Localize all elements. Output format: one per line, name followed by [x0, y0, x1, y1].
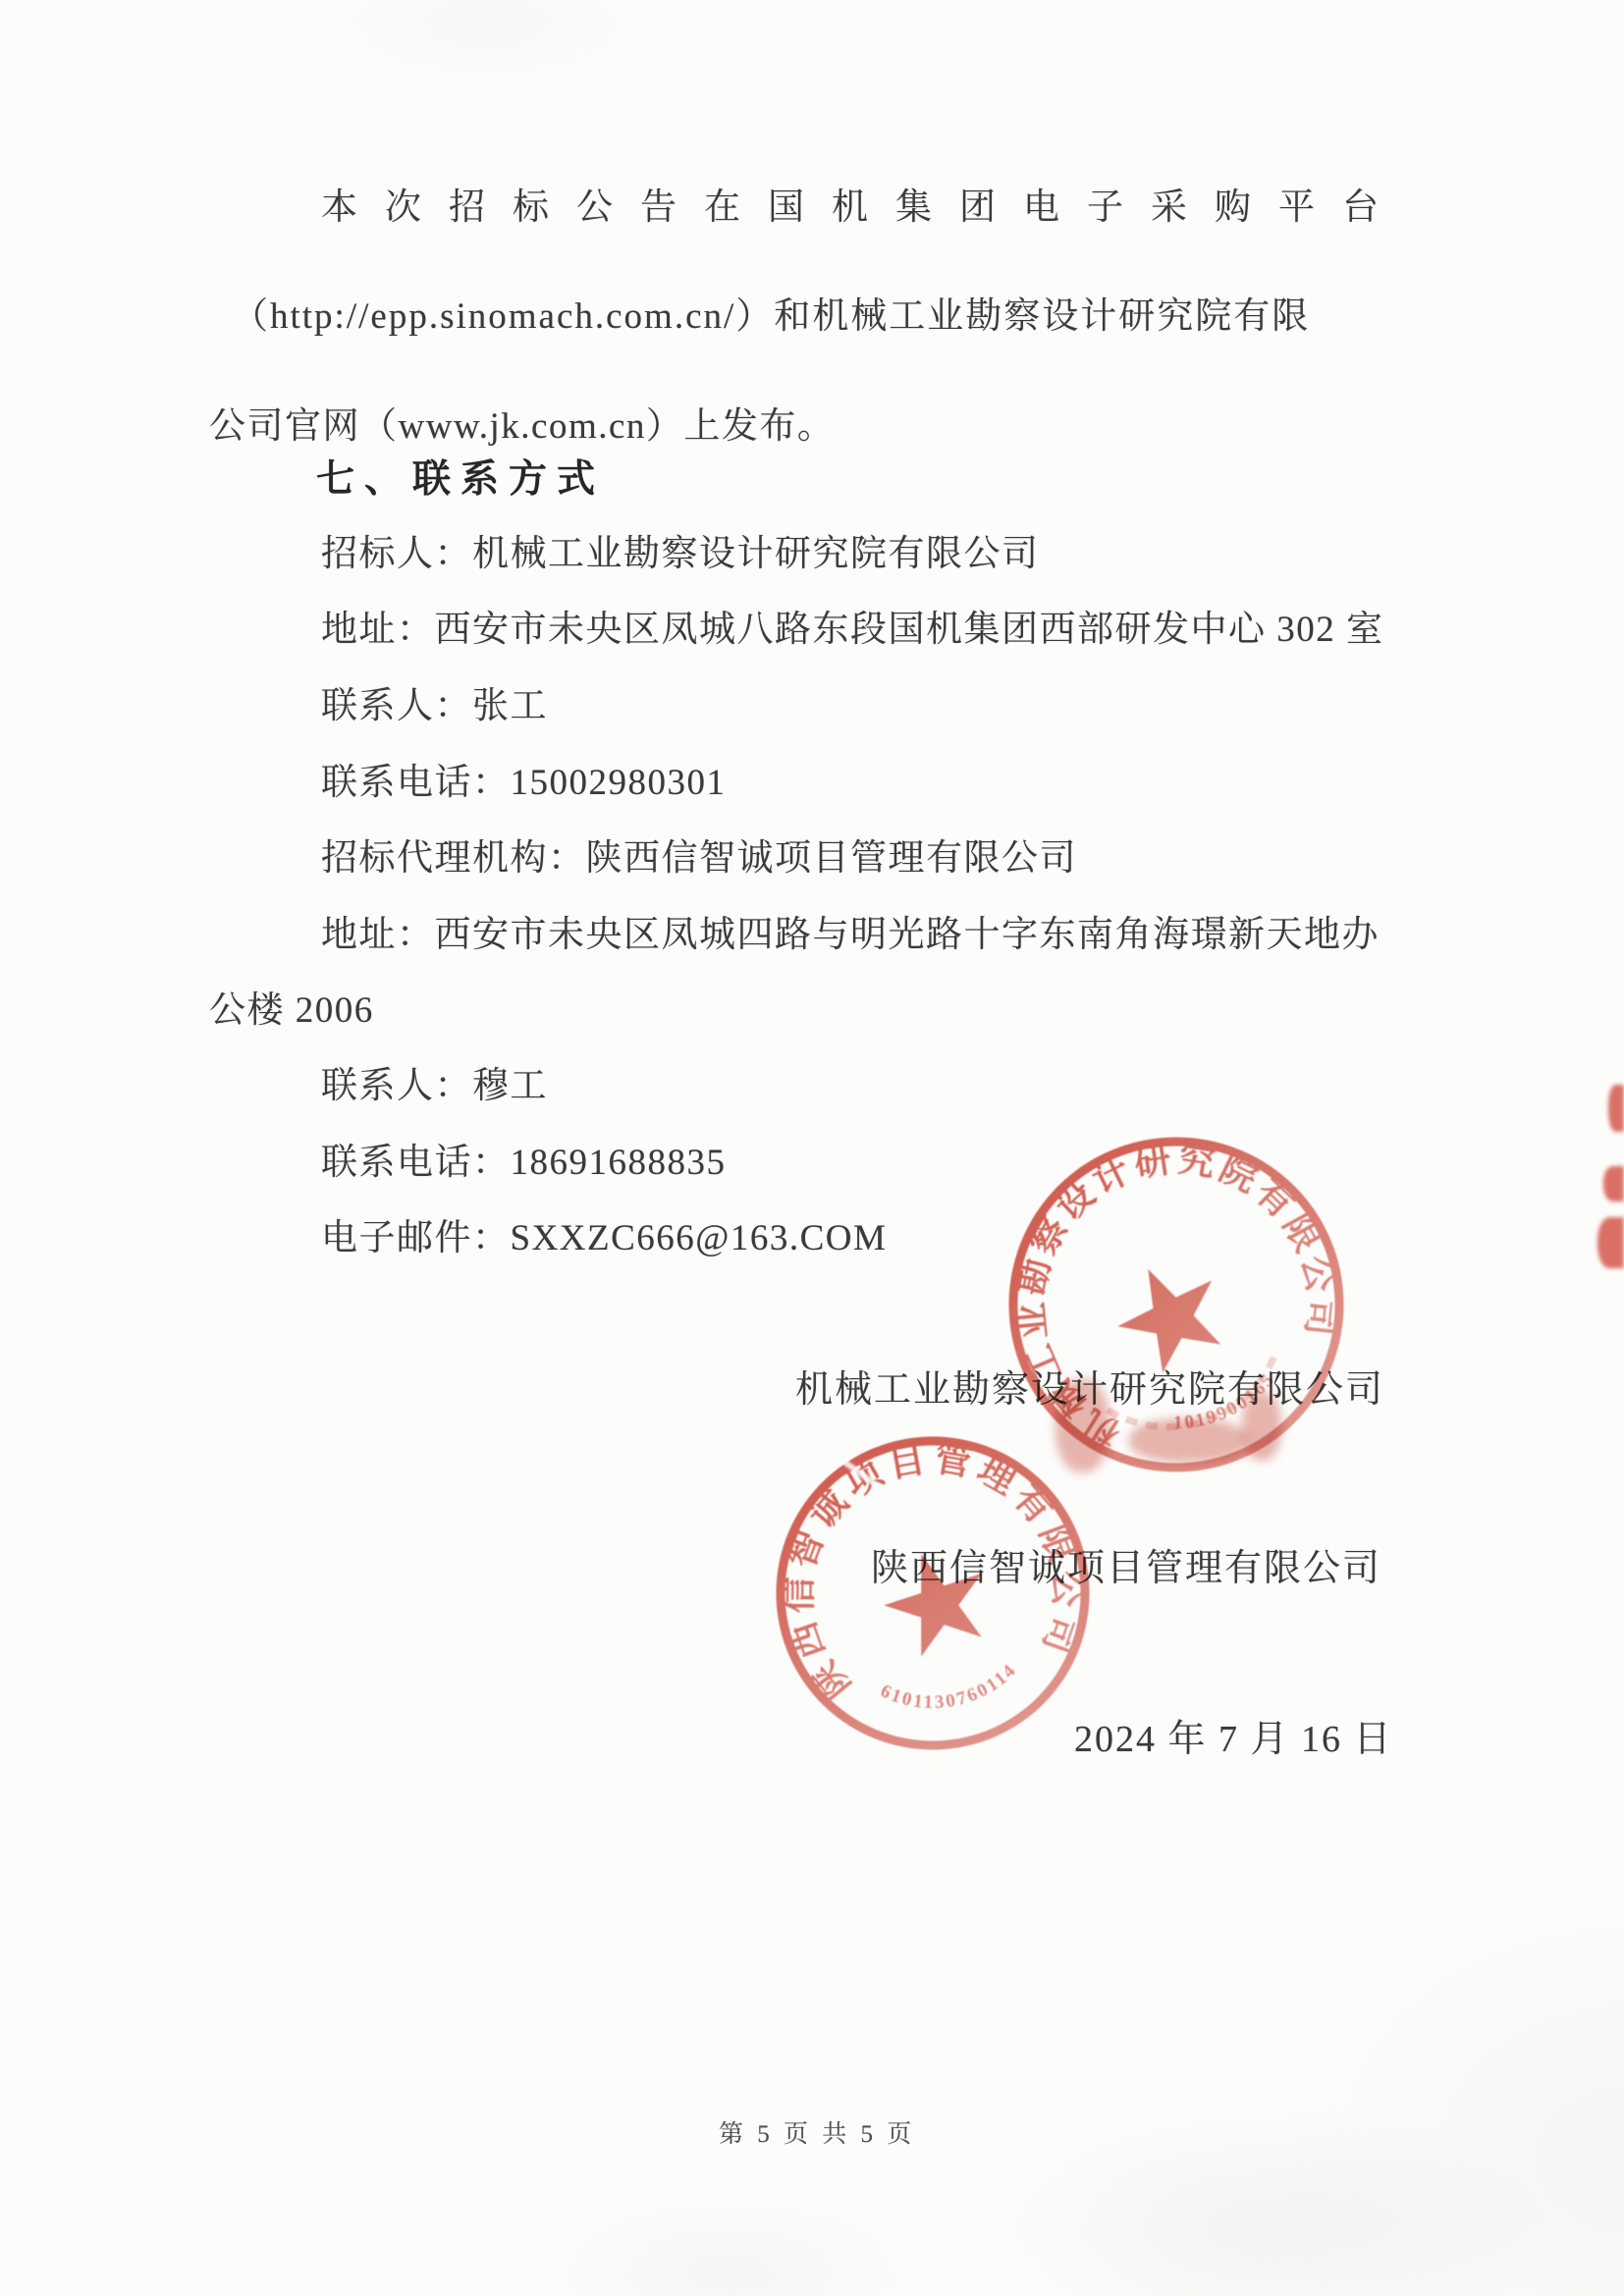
contact-line-address-1: 地址：西安市未央区凤城八路东段国机集团西部研发中心 302 室 — [321, 609, 1384, 652]
scanned-document-page: 本次招标公告在国机集团电子采购平台 （http://epp.sinomach.c… — [0, 0, 1624, 2296]
contact-line-agency: 招标代理机构：陕西信智诚项目管理有限公司 — [321, 837, 1077, 881]
star-icon — [872, 1538, 1000, 1663]
seal-fragment — [1597, 1217, 1624, 1268]
paragraph-line-2: （http://epp.sinomach.com.cn/）和机械工业勘察设计研究… — [232, 295, 1310, 339]
seal-fragment — [1603, 1166, 1624, 1201]
contact-line-phone-1: 联系电话：15002980301 — [321, 762, 727, 805]
contact-line-tenderer: 招标人：机械工业勘察设计研究院有限公司 — [321, 533, 1040, 576]
paragraph-line-1: 本次招标公告在国机集团电子采购平台 — [321, 187, 1406, 230]
contact-line-email: 电子邮件：SXXZC666@163.COM — [321, 1217, 887, 1260]
seal-fragment — [1608, 1085, 1624, 1132]
seal-serial: 6101130760114 — [874, 1657, 1025, 1724]
contact-line-address-2: 地址：西安市未央区凤城四路与明光路十字东南角海璟新天地办 — [321, 914, 1380, 957]
scan-shadow-texture — [0, 0, 1624, 2296]
document-date: 2024 年 7 月 16 日 — [1074, 1718, 1393, 1763]
paragraph-line-3: 公司官网（www.jk.com.cn）上发布。 — [209, 405, 835, 449]
contact-line-phone-2: 联系电话：18691688835 — [321, 1142, 727, 1185]
page-footer: 第 5 页 共 5 页 — [719, 2120, 915, 2150]
section-heading: 七、联系方式 — [316, 457, 605, 504]
contact-line-person-2: 联系人：穆工 — [321, 1065, 548, 1108]
contact-line-address-2-cont: 公楼 2006 — [209, 989, 374, 1033]
contact-line-person-1: 联系人：张工 — [321, 685, 548, 728]
official-seal-agency: 陕西信智诚项目管理有限公司 6101130760114 — [749, 1410, 1115, 1776]
star-icon — [1101, 1247, 1238, 1382]
